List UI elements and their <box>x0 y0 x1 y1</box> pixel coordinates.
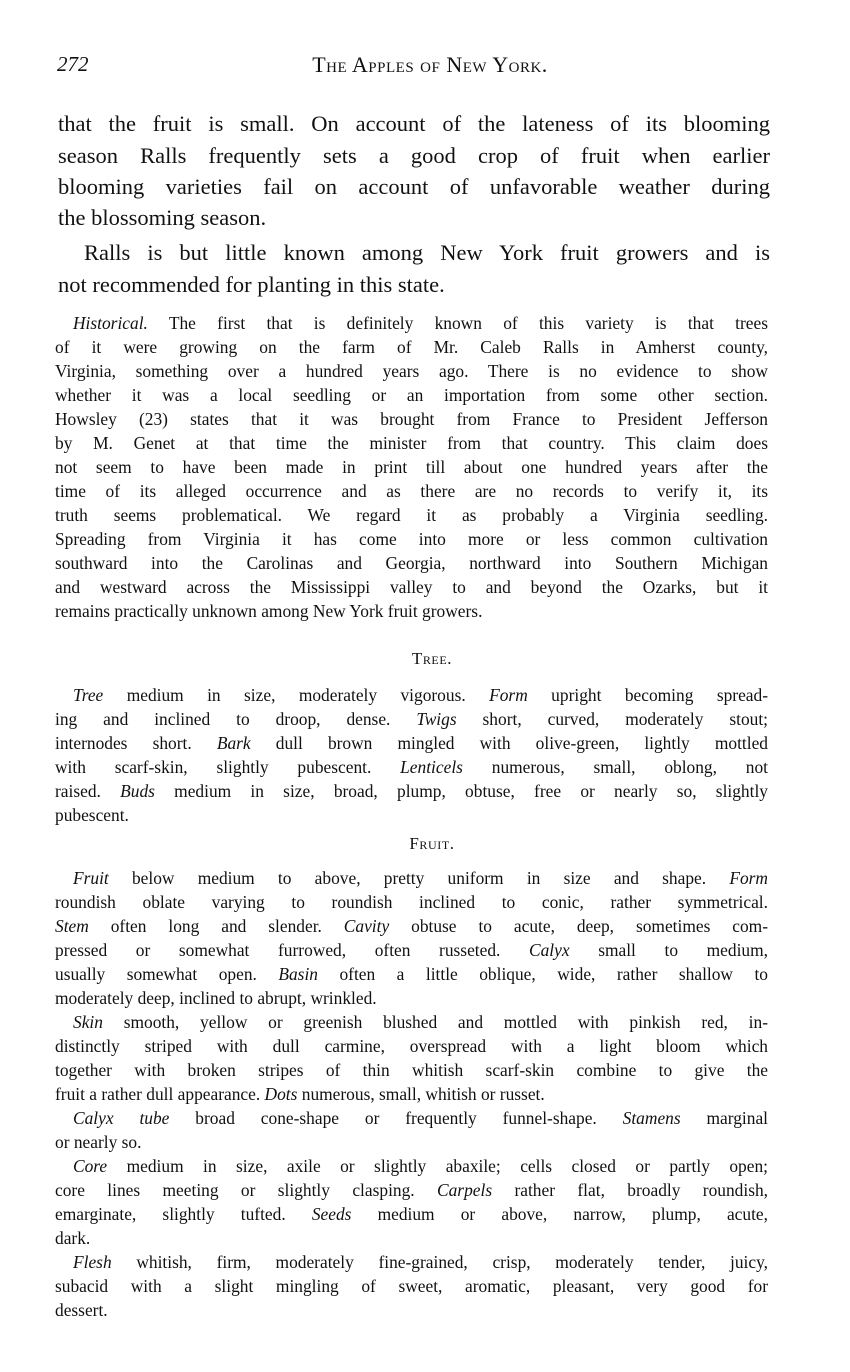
historical-line: Howsley (23) states that it was brought … <box>55 409 768 430</box>
intro-line: blooming varieties fail on account of un… <box>58 174 770 200</box>
page-header: 272 The Apples of New York. <box>0 52 850 82</box>
fruit-line: Calyx tube broad cone-shape or frequentl… <box>73 1108 768 1129</box>
book-page: 272 The Apples of New York. that the fru… <box>0 0 850 1372</box>
fruit-line: subacid with a slight mingling of sweet,… <box>55 1276 768 1297</box>
fruit-line: or nearly so. <box>55 1132 768 1153</box>
section-heading-tree: Tree. <box>0 649 850 669</box>
historical-line: time of its alleged occurrence and as th… <box>55 481 768 502</box>
intro-line: Ralls is but little known among New York… <box>84 240 770 266</box>
tree-line: ing and inclined to droop, dense. Twigs … <box>55 709 768 730</box>
historical-line: remains practically unknown among New Yo… <box>55 601 768 622</box>
fruit-line: together with broken stripes of thin whi… <box>55 1060 768 1081</box>
fruit-line: roundish oblate varying to roundish incl… <box>55 892 768 913</box>
tree-line: raised. Buds medium in size, broad, plum… <box>55 781 768 802</box>
historical-line: by M. Genet at that time the minister fr… <box>55 433 768 454</box>
fruit-line: usually somewhat open. Basin often a lit… <box>55 964 768 985</box>
historical-label: Historical. <box>73 313 148 333</box>
intro-line: that the fruit is small. On account of t… <box>58 111 770 137</box>
fruit-line: dessert. <box>55 1300 768 1321</box>
running-title: The Apples of New York. <box>0 52 850 78</box>
intro-line: not recommended for planting in this sta… <box>58 272 770 298</box>
section-heading-fruit: Fruit. <box>0 834 850 854</box>
historical-line: Spreading from Virginia it has come into… <box>55 529 768 550</box>
historical-line: of it were growing on the farm of Mr. Ca… <box>55 337 768 358</box>
tree-line: Tree medium in size, moderately vigorous… <box>73 685 768 706</box>
fruit-line: Flesh whitish, firm, moderately fine-gra… <box>73 1252 768 1273</box>
fruit-line: emarginate, slightly tufted. Seeds mediu… <box>55 1204 768 1225</box>
tree-line: pubescent. <box>55 805 768 826</box>
historical-line: truth seems problematical. We regard it … <box>55 505 768 526</box>
fruit-line: Skin smooth, yellow or greenish blushed … <box>73 1012 768 1033</box>
historical-line: Virginia, something over a hundred years… <box>55 361 768 382</box>
tree-line: with scarf-skin, slightly pubescent. Len… <box>55 757 768 778</box>
fruit-line: moderately deep, inclined to abrupt, wri… <box>55 988 768 1009</box>
tree-line: internodes short. Bark dull brown mingle… <box>55 733 768 754</box>
historical-line: southward into the Carolinas and Georgia… <box>55 553 768 574</box>
fruit-line: pressed or somewhat furrowed, often russ… <box>55 940 768 961</box>
historical-line: and westward across the Mississippi vall… <box>55 577 768 598</box>
fruit-line: Stem often long and slender. Cavity obtu… <box>55 916 768 937</box>
historical-line: Historical. The first that is definitely… <box>73 313 768 334</box>
intro-line: season Ralls frequently sets a good crop… <box>58 143 770 169</box>
fruit-line: Fruit below medium to above, pretty unif… <box>73 868 768 889</box>
fruit-line: core lines meeting or slightly clasping.… <box>55 1180 768 1201</box>
historical-line: not seem to have been made in print till… <box>55 457 768 478</box>
fruit-line: dark. <box>55 1228 768 1249</box>
historical-line: whether it was a local seedling or an im… <box>55 385 768 406</box>
fruit-line: Core medium in size, axile or slightly a… <box>73 1156 768 1177</box>
intro-line: the blossoming season. <box>58 205 770 231</box>
fruit-line: fruit a rather dull appearance. Dots num… <box>55 1084 768 1105</box>
fruit-line: distinctly striped with dull carmine, ov… <box>55 1036 768 1057</box>
